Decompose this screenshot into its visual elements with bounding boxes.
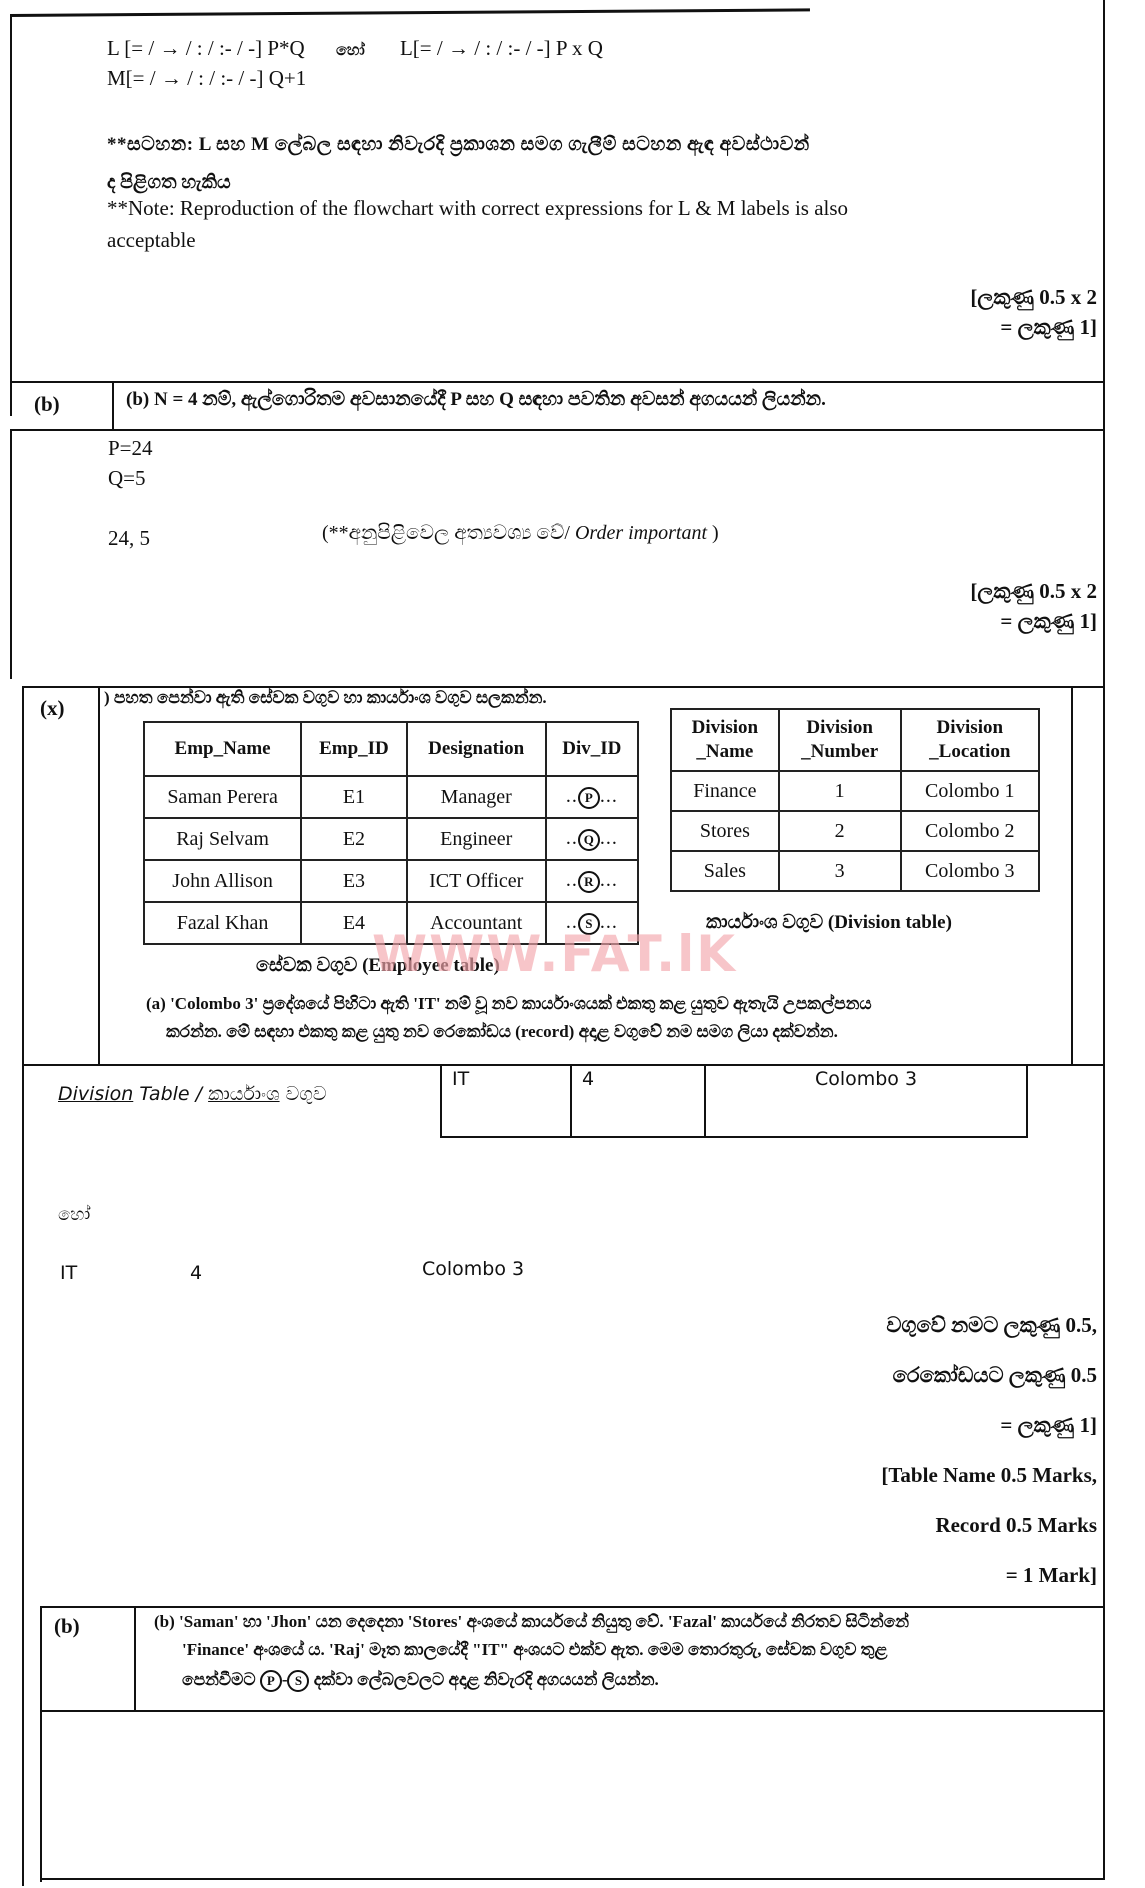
marks-x-line3: = ලකුණු 1] [881,1400,1097,1450]
marks-x-line5: Record 0.5 Marks [881,1500,1097,1550]
order-note-prefix: (**අනුපිළිවෙල අත්‍යවශ්‍ය වේ/ [322,522,575,544]
right-border [1103,0,1105,1880]
marks-b1: [ලකුණු 0.5 x 2 = ලකුණු 1] [970,576,1097,636]
note-sinhala-line1: **සටහන: L සහ M ලේබල සඳහා නිවැරදි ප්‍රකාශ… [107,134,1087,156]
marks-x-line1: වගුවේ නමට ලකුණු 0.5, [881,1300,1097,1350]
order-note: (**අනුපිළිවෙල අත්‍යවශ්‍ය වේ/ Order impor… [322,522,719,545]
label-q-circle: Q [578,829,600,851]
left-border-4 [40,1606,42,1882]
order-note-suffix: ) [707,522,719,544]
b2-label-divider [134,1606,136,1710]
emp-div-id-cell: ..S... [546,902,638,944]
div-location-cell: Colombo 3 [901,851,1039,891]
table-row: John Allison E3 ICT Officer ..R... [144,860,638,902]
left-border-2 [10,429,12,679]
emp-header-designation: Designation [407,722,546,776]
emp-header-name: Emp_Name [144,722,301,776]
b2-question-line1: (b) 'Saman' හා 'Jhon' යන දෙදෙනා 'Stores'… [154,1612,1094,1632]
divider-b2-bottom [40,1710,1104,1712]
label-s-circle: S [578,913,600,935]
division-table-caption: කාර්යාංශ වගුව (Division table) [706,912,952,934]
label-s-circle-ref: S [287,1670,309,1692]
top-border [10,8,810,17]
label-p-circle-ref: P [260,1670,282,1692]
b2-label: (b) [54,1614,80,1639]
emp-id-cell: E3 [301,860,407,902]
label-p-circle: P [578,787,600,809]
answer-combined: 24, 5 [108,526,150,551]
marks-x-line2: රෙකෝඩයට ලකුණු 0.5 [881,1350,1097,1400]
note-english-line1: **Note: Reproduction of the flowchart wi… [107,196,1087,221]
div-name-cell: Sales [671,851,779,891]
answer-record-number: 4 [571,1065,705,1137]
table-row: Saman Perera E1 Manager ..P... [144,776,638,818]
x-label-divider [98,686,100,1066]
emp-header-id: Emp_ID [301,722,407,776]
marks-a-line2: = ලකුණු 1] [970,312,1097,342]
l-expression-line: L [= / → / : / :- / -] P*Q හෝ L[= / → / … [107,36,603,61]
emp-div-id-cell: ..P... [546,776,638,818]
answer-table-label-en1: Division [58,1083,133,1105]
b2-question-line3: පෙන්වීමට P-S දක්වා ලේබලවලට අදාළ නිවැරදි … [182,1670,1092,1692]
answer-record-name: IT [441,1065,571,1137]
employee-table: Emp_Name Emp_ID Designation Div_ID Saman… [143,721,639,945]
b2-question-line3-pre: පෙන්වීමට [182,1670,260,1689]
marks-x-line4: [Table Name 0.5 Marks, [881,1450,1097,1500]
note-sinhala-line2: ද පිළිගත හැකිය [107,172,231,194]
or-word: හෝ [336,42,365,59]
answer-table-label-si2: වගුව [280,1083,327,1105]
answer-record-table: IT 4 Colombo 3 [440,1064,1028,1138]
employee-table-caption: සේවක වගුව (Employee table) [256,955,500,977]
emp-header-div-id: Div_ID [546,722,638,776]
left-border [10,16,12,416]
emp-name-cell: Raj Selvam [144,818,301,860]
marks-b1-line1: [ලකුණු 0.5 x 2 [970,576,1097,606]
bottom-border [40,1878,1104,1880]
l-expression-2: L[= / → / : / :- / -] P x Q [400,36,603,60]
emp-name-cell: John Allison [144,860,301,902]
div-number-cell: 1 [779,771,901,811]
table-row: Stores 2 Colombo 2 [671,811,1039,851]
x-intro: ) පහත පෙන්වා ඇති සේවක වගුව හා කාර්යාංශ ව… [104,688,664,708]
marks-x-line6: = 1 Mark] [881,1550,1097,1600]
emp-designation-cell: ICT Officer [407,860,546,902]
marks-x: වගුවේ නමට ලකුණු 0.5, රෙකෝඩයට ලකුණු 0.5 =… [881,1300,1097,1600]
div-location-cell: Colombo 2 [901,811,1039,851]
table-row: Raj Selvam E2 Engineer ..Q... [144,818,638,860]
answer-p: P=24 [108,436,153,461]
l-expression-1: L [= / → / : / :- / -] P*Q [107,36,305,60]
alt-record-number: 4 [190,1262,202,1284]
marks-a: [ලකුණු 0.5 x 2 = ලකුණු 1] [970,282,1097,342]
label-r-circle: R [578,871,600,893]
b1-question: (b) N = 4 නම්, ඇල්ගොරිතම අවසානයේදී P සහ … [126,389,1086,411]
table-row: Sales 3 Colombo 3 [671,851,1039,891]
order-note-en: Order important [575,522,707,544]
table-row: Fazal Khan E4 Accountant ..S... [144,902,638,944]
div-number-cell: 3 [779,851,901,891]
table-row: Finance 1 Colombo 1 [671,771,1039,811]
div-header-location: Division_Location [901,709,1039,771]
div-number-cell: 2 [779,811,901,851]
x-question-a-line2: කරන්න. මේ සඳහා එකතු කළ යුතු නව රෙකෝඩය (r… [166,1022,1076,1042]
div-name-cell: Finance [671,771,779,811]
alt-record-name: IT [60,1262,77,1284]
divider-b1-bottom [10,429,1104,431]
div-header-number: Division_Number [779,709,901,771]
emp-id-cell: E4 [301,902,407,944]
answer-table-label: Division Table / කාර්යාංශ වගුව [58,1083,327,1105]
emp-designation-cell: Engineer [407,818,546,860]
alt-record-location: Colombo 3 [422,1258,524,1280]
answer-record-location: Colombo 3 [705,1065,1027,1137]
marks-b1-line2: = ලකුණු 1] [970,606,1097,636]
b1-label-divider [112,381,114,429]
division-table: Division_Name Division_Number Division_L… [670,708,1040,892]
b2-question-line3-post: දක්වා ලේබලවලට අදාළ නිවැරදි අගයයන් ලියන්න… [309,1670,658,1689]
div-header-name: Division_Name [671,709,779,771]
emp-designation-cell: Manager [407,776,546,818]
note-english-line2: acceptable [107,228,196,253]
emp-div-id-cell: ..R... [546,860,638,902]
answer-table-label-si1: කාර්යාංශ [208,1083,279,1105]
divider-b2-top [40,1606,1104,1608]
marks-a-line1: [ලකුණු 0.5 x 2 [970,282,1097,312]
emp-id-cell: E2 [301,818,407,860]
emp-designation-cell: Accountant [407,902,546,944]
emp-name-cell: Fazal Khan [144,902,301,944]
emp-id-cell: E1 [301,776,407,818]
x-question-a-line1: (a) 'Colombo 3' ප්‍රදේශයේ පිහිටා ඇති 'IT… [146,994,1076,1014]
x-label: (x) [40,696,65,721]
answer-table-label-en2: Table / [133,1083,208,1105]
emp-div-id-cell: ..Q... [546,818,638,860]
div-location-cell: Colombo 1 [901,771,1039,811]
div-name-cell: Stores [671,811,779,851]
answer-or-word: හෝ [58,1204,90,1225]
b1-label: (b) [34,392,60,417]
emp-name-cell: Saman Perera [144,776,301,818]
answer-q: Q=5 [108,466,146,491]
left-border-3 [22,686,24,1886]
m-expression: M[= / → / : / :- / -] Q+1 [107,66,306,91]
b2-question-line2: 'Finance' අංශයේ ය. 'Raj' මෑත කාලයේදී "IT… [182,1640,1092,1660]
divider-b1-top [10,381,1104,383]
